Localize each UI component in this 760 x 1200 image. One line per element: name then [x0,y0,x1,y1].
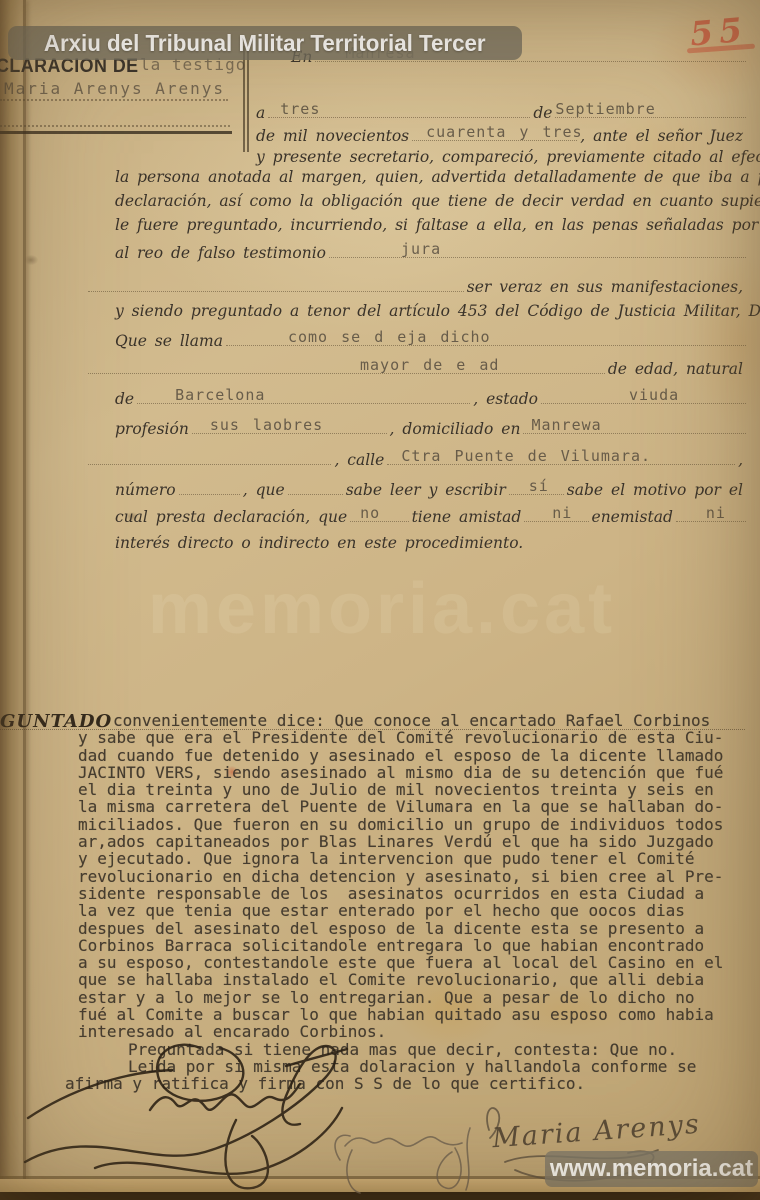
printed-text: interés directo o indirecto en este proc… [112,534,526,552]
website-watermark: www.memoria.cat [545,1151,758,1187]
deposition-line: despues del asesinato del esposo de la d… [65,920,749,937]
form-line-person: la persona anotada al margen, quien, adv… [112,168,746,186]
value-domicilio: Manrewa [531,416,601,434]
form-line-name: Que se llama como se d eja dicho [112,330,746,350]
deposition-line: sidente responsable de los asesinatos oc… [65,885,749,902]
deposition-line: Corbinos Barraca solicitandole entregara… [65,937,749,954]
blank-empty [88,449,331,465]
value-calle: Ctra Puente de Vilumara. [401,447,651,465]
form-line-interes: interés directo o indirecto en este proc… [112,534,746,552]
form-line-oath: al reo de falso testimonio jura [112,242,746,262]
deposition-line: miciliados. Que fueron en su domicilio u… [65,816,749,833]
label-year-prefix: de mil novecientos [253,127,412,145]
label-amistad: tiene amistad [409,508,525,526]
value-amistad: no [360,504,380,522]
blank-numero [179,479,240,495]
deposition-line: revolucionario en dicha detencion y ases… [65,868,749,885]
printed-text: y siendo preguntado a tenor del artículo… [112,302,760,320]
form-line-date: a tres de Septiembre [253,102,746,122]
value-month: Septiembre [555,100,655,118]
deposition-line: el dia treinta y uno de Julio de mil nov… [65,781,749,798]
blank-profesion: sus laobres [192,418,387,434]
form-line-secretary: y presente secretario, compareció, previ… [253,148,746,166]
margin-dotted-rule [0,125,230,127]
form-line-article: y siendo preguntado a tenor del artículo… [112,302,746,320]
label-veraz: ser veraz en sus manifestaciones, [464,278,746,296]
blank-year: cuarenta y tres [412,125,577,141]
label-calle: , calle [331,451,387,469]
label-name: Que se llama [112,332,226,350]
deposition-line: que se hallaba instalado el Comite revol… [65,971,749,988]
deposition-line: fué al Comite a buscar lo que habian qui… [65,1006,749,1023]
value-age: mayor de e ad [360,356,499,374]
bottom-shadow [0,1192,760,1200]
label-estado: , estado [470,390,541,408]
deposition-line: y sabe que era el Presidente del Comité … [65,729,749,746]
label-age-suffix: de edad, natural [605,360,746,378]
blank-month: Septiembre [555,102,746,118]
value-profesion: sus laobres [210,416,323,434]
spine-crease [23,0,26,1200]
blank-leer: sí [509,479,564,495]
value-year: cuarenta y tres [426,123,582,141]
blank-age: mayor de e ad [88,358,605,374]
label-motivo: sabe el motivo por el [564,481,746,499]
label-que: , que [240,481,288,499]
margin-divider-rule [243,46,245,152]
label-numero: número [112,481,179,499]
deposition-line: a su esposo, contestandole este que fuer… [65,954,749,971]
printed-text: la persona anotada al margen, quien, adv… [112,168,760,186]
blank-que [288,479,343,495]
label-enemistad: enemistad [589,508,676,526]
label-oath: al reo de falso testimonio [112,244,329,262]
form-line-calle: , calle Ctra Puente de Vilumara. , [88,449,746,469]
deposition-line: convenientemente dice: Que conoce al enc… [65,712,749,729]
value-day: tres [280,100,320,118]
form-line-numero: número , que sabe leer y escribir sí sab… [112,479,746,499]
website-watermark-text: www.memoria.cat [550,1155,753,1183]
deposition-line: y ejecutado. Que ignora la intervencion … [65,850,749,867]
form-line-declaration: declaración, así como la obligación que … [112,192,746,210]
blank-empty [88,276,464,292]
archive-banner: Arxiu del Tribunal Militar Territorial T… [8,26,522,60]
label-de: de [530,104,555,122]
blank-day: tres [268,102,530,118]
form-line-profesion: profesión sus laobres , domiciliado en M… [112,418,746,438]
form-line-veraz: ser veraz en sus manifestaciones, [88,276,746,296]
blank-calle: Ctra Puente de Vilumara. [387,449,735,465]
label-year-suffix: , ante el señor Juez [577,127,746,145]
value-name: como se d eja dicho [288,328,491,346]
margin-dotted-rule [0,99,228,101]
archive-banner-text: Arxiu del Tribunal Militar Territorial T… [44,30,486,57]
ghost-watermark: memoria.cat [92,568,672,650]
value-natural: Barcelona [175,386,265,404]
deposition-line: Preguntada si tiene nada mas que decir, … [65,1041,749,1058]
value-amistad-ni: ni [552,504,572,522]
margin-solid-rule [0,131,232,134]
label-domicilio: , domiciliado en [387,420,524,438]
value-enemistad-ni: ni [706,504,726,522]
witness-name-typed: Maria Arenys Arenys [4,79,225,98]
blank-enemistad-ni: ni [676,506,746,522]
deposition-text-block: convenientemente dice: Que conoce al enc… [65,712,749,1093]
blank-amistad: no [350,506,408,522]
blank-natural: Barcelona [137,388,470,404]
blank-name: como se d eja dicho [226,330,746,346]
form-line-age: mayor de e ad de edad, natural [88,358,746,378]
deposition-line: interesado al encarado Corbinos. [65,1023,749,1040]
value-estado: viuda [629,386,679,404]
form-line-natural: de Barcelona , estado viuda [112,388,746,408]
printed-text: le fuere preguntado, incurriendo, si fal… [112,216,760,234]
deposition-line: afirma y ratifica y firma con S S de lo … [65,1075,749,1092]
witness-signature: Maria Arenys [491,1109,702,1154]
deposition-line: Leida por si misma esta dolaracion y hal… [65,1058,749,1075]
label-profesion: profesión [112,420,192,438]
blank-amistad-ni: ni [524,506,588,522]
deposition-line: la vez que tenia que estar enterado por … [65,902,749,919]
blank-estado: viuda [541,388,746,404]
deposition-line: estar y a lo mejor se lo entregarian. Qu… [65,989,749,1006]
label-calle-comma: , [735,451,746,469]
deposition-line: la misma carretera del Puente de Vilumar… [65,798,749,815]
deposition-line: ar,ados capitaneados por Blas Linares Ve… [65,833,749,850]
printed-text: y presente secretario, compareció, previ… [253,148,760,166]
label-natural: de [112,390,137,408]
printed-text: declaración, así como la obligación que … [112,192,760,210]
blank-oath: jura [329,242,746,258]
label-a: a [253,104,268,122]
label-leer: sabe leer y escribir [343,481,509,499]
deposition-line: JACINTO VERS, siendo asesinado al mismo … [65,764,749,781]
deposition-line: dad cuando fue detenido y asesinado el e… [65,747,749,764]
value-leer: sí [529,477,549,495]
form-line-year: de mil novecientos cuarenta y tres , ant… [253,125,746,145]
form-line-penalty: le fuere preguntado, incurriendo, si fal… [112,216,746,234]
value-oath: jura [401,240,441,258]
form-line-amistad: cual presta declaración, que no tiene am… [112,506,746,526]
label-amistad-prefix: cual presta declaración, que [112,508,350,526]
blank-domicilio: Manrewa [523,418,746,434]
document-page: memoria.cat CLARACION DE la testigo Mari… [0,0,760,1200]
